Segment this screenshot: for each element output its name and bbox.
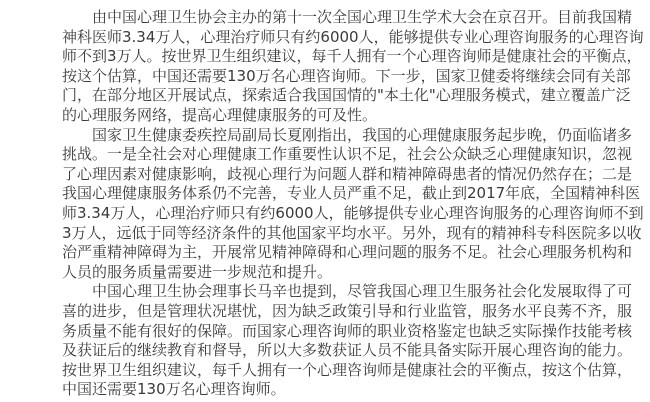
text-line: 人员的服务质量需要进一步规范和提升。 (62, 263, 638, 283)
text-line: 的心理服务网络，提高心理健康服务的可及性。 (62, 106, 638, 126)
article-page: 由中国心理卫生协会主办的第十一次全国心理卫生学术大会在京召开。目前我国精 神科医… (0, 0, 650, 402)
text-line: 喜的进步，但是管理状况堪忧，因为缺乏政策引导和行业监管，服务水平良莠不齐，服 (62, 302, 638, 322)
text-line: 了心理因素对健康影响，歧视心理行为问题人群和精神障碍患者的情况仍然存在；二是 (62, 165, 638, 185)
text-line: 神科医师3.34万人，心理治疗师只有约6000人，能够提供专业心理咨询服务的心理… (62, 28, 638, 48)
text-line: 3万人，远低于同等经济条件的其他国家平均水平。另外，现有的精神科专科医院多以收 (62, 224, 638, 244)
text-line: 师不到3万人。按世界卫生组织建议，每千人拥有一个心理咨询师是健康社会的平衡点， (62, 47, 638, 67)
text-line: 门，在部分地区开展试点，探索适合我国国情的"本土化"心理服务模式，建立覆盖广泛 (62, 86, 638, 106)
text-line: 中国心理卫生协会理事长马辛也提到，尽管我国心理卫生服务社会化发展取得了可 (62, 282, 638, 302)
text-line: 中国还需要130万名心理咨询师。 (62, 380, 638, 400)
text-line: 挑战。一是全社会对心理健康工作重要性认识不足，社会公众缺乏心理健康知识，忽视 (62, 145, 638, 165)
text-line: 按世界卫生组织建议，每千人拥有一个心理咨询师是健康社会的平衡点，按这个估算， (62, 361, 638, 381)
text-line: 务质量不能有很好的保障。而国家心理咨询师的职业资格鉴定也缺乏实际操作技能考核 (62, 322, 638, 342)
paragraph-3: 中国心理卫生协会理事长马辛也提到，尽管我国心理卫生服务社会化发展取得了可 喜的进… (62, 282, 638, 400)
paragraph-1: 由中国心理卫生协会主办的第十一次全国心理卫生学术大会在京召开。目前我国精 神科医… (62, 8, 638, 126)
text-line: 由中国心理卫生协会主办的第十一次全国心理卫生学术大会在京召开。目前我国精 (62, 8, 638, 28)
text-line: 治严重精神障碍为主，开展常见精神障碍和心理问题的服务不足。社会心理服务机构和 (62, 243, 638, 263)
paragraph-2: 国家卫生健康委疾控局副局长夏刚指出，我国的心理健康服务起步晚，仍面临诸多 挑战。… (62, 126, 638, 283)
text-line: 师3.34万人，心理治疗师只有约6000人，能够提供专业心理咨询服务的心理咨询师… (62, 204, 638, 224)
text-line: 按这个估算，中国还需要130万名心理咨询师。下一步，国家卫健委将继续会同有关部 (62, 67, 638, 87)
text-line: 及获证后的继续教育和督导，所以大多数获证人员不能具备实际开展心理咨询的能力。 (62, 341, 638, 361)
text-line: 我国心理健康服务体系仍不完善，专业人员严重不足，截止到2017年底，全国精神科医 (62, 184, 638, 204)
text-line: 国家卫生健康委疾控局副局长夏刚指出，我国的心理健康服务起步晚，仍面临诸多 (62, 126, 638, 146)
